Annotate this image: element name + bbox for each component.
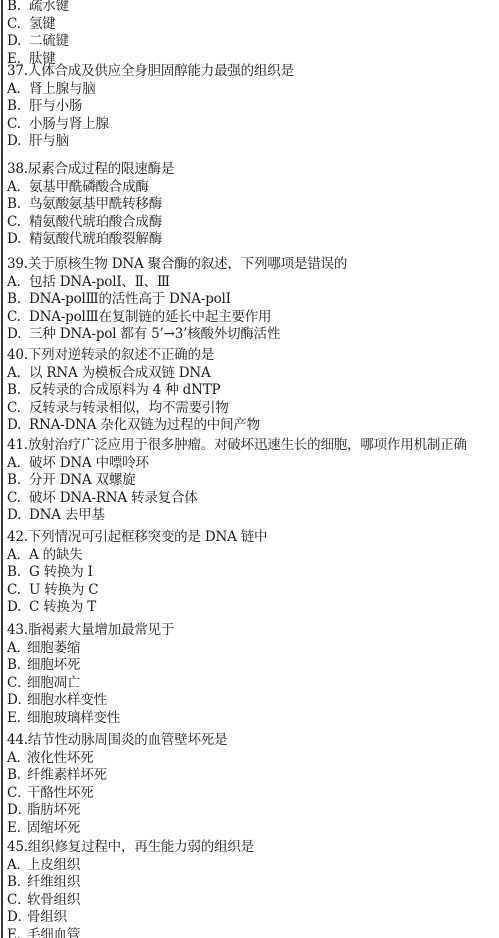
option-key: B. [7,382,29,400]
option-key: B． [7,657,27,675]
option-key: A. [7,179,29,197]
question-44: 44.结节性动脉周围炎的血管壁坏死是 A．液化性坏死 B．纤维素样坏死 C．干酪… [7,732,499,838]
question-38: 38.尿素合成过程的限速酶是 A.氨基甲酰磷酸合成酶 B.鸟氨酸氨基甲酰转移酶 … [7,161,499,249]
question-41: 41.放射治疗广泛应用于很多肿瘤。对破坏迅速生长的细胞，哪项作用机制正确 A.破… [7,437,499,525]
option-key: A． [7,750,27,768]
option-text: 氢键 [29,16,56,32]
option-text: 骨组织 [27,909,67,925]
option-b: B.鸟氨酸氨基甲酰转移酶 [7,196,499,214]
option-text: 细胞水样变性 [27,692,107,708]
option-text: 精氨酸代琥珀酸裂解酶 [29,231,162,247]
option-d: D．脂肪坏死 [7,802,499,820]
option-text: 氨基甲酰磷酸合成酶 [29,179,149,195]
option-d: D.C 转换为 T [7,599,499,617]
option-key: B. [7,0,29,16]
option-text: 细胞坏死 [27,657,80,673]
option-d: D.精氨酸代琥珀酸裂解酶 [7,231,499,249]
option-text: 反转录的合成原料为 4 种 dNTP [29,382,220,398]
option-text: 破坏 DNA 中嘌呤环 [29,455,149,471]
option-key: D. [7,231,29,249]
option-text: 固缩坏死 [27,820,80,836]
question-stem: 38.尿素合成过程的限速酶是 [7,161,499,179]
option-c: C.DNA-polⅢ在复制链的延长中起主要作用 [7,309,499,327]
option-c: C．干酪性坏死 [7,785,499,803]
option-key: C. [7,214,29,232]
option-text: 疏水键 [29,0,69,14]
option-key: B． [7,874,27,892]
question-stem: 43.脂褐素大量增加最常见于 [7,622,499,640]
option-key: B. [7,472,29,490]
option-text: 三种 DNA-pol 都有 5’→3’核酸外切酶活性 [29,326,280,342]
option-text: DNA-polⅢ的活性高于 DNA-polⅠ [29,291,231,307]
question-text: 人体合成及供应全身胆固醇能力最强的组织是 [28,63,294,79]
question-text: 组织修复过程中，再生能力弱的组织是 [28,839,254,855]
option-key: D. [7,599,29,617]
option-text: C 转换为 T [29,599,96,615]
option-a: A.肾上腺与脑 [7,81,499,99]
question-number: 38. [7,161,28,177]
option-b: B．纤维组织 [7,874,499,892]
option-key: C． [7,675,27,693]
question-text: 下列情况可引起框移突变的是 DNA 链中 [28,529,267,545]
option-text: 二硫键 [29,33,69,49]
option-c: C.破坏 DNA-RNA 转录复合体 [7,490,499,508]
option-c: C．细胞凋亡 [7,675,499,693]
option-text: 分开 DNA 双螺旋 [29,472,135,488]
option-a: A.氨基甲酰磷酸合成酶 [7,179,499,197]
option-key: E． [7,820,27,838]
option-text: 细胞玻璃样变性 [27,710,120,726]
question-40: 40.下列对逆转录的叙述不正确的是 A.以 RNA 为模板合成双链 DNA B.… [7,347,499,435]
option-a: A.破坏 DNA 中嘌呤环 [7,455,499,473]
question-stem: 41.放射治疗广泛应用于很多肿瘤。对破坏迅速生长的细胞，哪项作用机制正确 [7,437,499,455]
question-number: 40. [7,347,28,363]
option-key: D. [7,417,29,435]
option-key: D． [7,692,27,710]
option-key: A. [7,274,29,292]
option-text: DNA-polⅢ在复制链的延长中起主要作用 [29,309,271,325]
option-key: D. [7,33,29,51]
option-b: B.反转录的合成原料为 4 种 dNTP [7,382,499,400]
option-key: A. [7,547,29,565]
question-42: 42.下列情况可引起框移突变的是 DNA 链中 A.A 的缺失 B.G 转换为 … [7,529,499,617]
left-margin-rule [1,0,3,938]
option-a: A．细胞萎缩 [7,640,499,658]
option-text: 肝与小肠 [29,98,82,114]
question-stem: 44.结节性动脉周围炎的血管壁坏死是 [7,732,499,750]
option-key: A． [7,640,27,658]
carryover-options: B.疏水键 C.氢键 D.二硫键 E.肽键 [7,0,499,68]
option-text: 干酪性坏死 [27,785,94,801]
option-e: E．细胞玻璃样变性 [7,710,499,728]
question-text: 关于原核生物 DNA 聚合酶的叙述，下列哪项是错误的 [28,256,347,272]
question-number: 45. [7,839,28,855]
option-d: D.二硫键 [7,33,499,51]
option-text: 液化性坏死 [27,750,94,766]
option-b: B．细胞坏死 [7,657,499,675]
option-key: C. [7,400,29,418]
option-text: 肾上腺与脑 [29,81,96,97]
option-text: 纤维素样坏死 [27,767,107,783]
question-number: 39. [7,256,28,272]
question-43: 43.脂褐素大量增加最常见于 A．细胞萎缩 B．细胞坏死 C．细胞凋亡 D．细胞… [7,622,499,728]
option-e: E．固缩坏死 [7,820,499,838]
question-text: 脂褐素大量增加最常见于 [28,622,174,638]
option-text: 上皮组织 [27,857,80,873]
option-text: 包括 DNA-polⅠ、Ⅱ、Ⅲ [29,274,170,290]
option-a: A.包括 DNA-polⅠ、Ⅱ、Ⅲ [7,274,499,292]
option-key: B． [7,767,27,785]
option-b: B.肝与小肠 [7,98,499,116]
option-key: E． [7,710,27,728]
question-text: 放射治疗广泛应用于很多肿瘤。对破坏迅速生长的细胞，哪项作用机制正确 [28,437,467,453]
option-text: 毛细血管 [27,927,80,938]
option-a: A．上皮组织 [7,857,499,875]
option-key: B. [7,196,29,214]
question-number: 43. [7,622,28,638]
option-key: C． [7,892,27,910]
option-key: B. [7,564,29,582]
option-text: 反转录与转录相似，均不需要引物 [29,400,229,416]
option-b: B．纤维素样坏死 [7,767,499,785]
option-c: C.反转录与转录相似，均不需要引物 [7,400,499,418]
option-d: D.三种 DNA-pol 都有 5’→3’核酸外切酶活性 [7,326,499,344]
option-c: C.精氨酸代琥珀酸合成酶 [7,214,499,232]
question-stem: 39.关于原核生物 DNA 聚合酶的叙述，下列哪项是错误的 [7,256,499,274]
option-text: DNA 去甲基 [29,507,105,523]
option-c: C．软骨组织 [7,892,499,910]
option-text: RNA-DNA 杂化双链为过程的中间产物 [29,417,260,433]
option-c: C.氢键 [7,16,499,34]
option-d: D.DNA 去甲基 [7,507,499,525]
option-key: D. [7,133,29,151]
option-key: A． [7,857,27,875]
question-number: 44. [7,732,28,748]
option-d: D．骨组织 [7,909,499,927]
option-d: D.RNA-DNA 杂化双链为过程的中间产物 [7,417,499,435]
option-e: E．毛细血管 [7,927,499,938]
question-text: 尿素合成过程的限速酶是 [28,161,174,177]
option-text: A 的缺失 [29,547,83,563]
option-key: C. [7,309,29,327]
option-b: B.DNA-polⅢ的活性高于 DNA-polⅠ [7,291,499,309]
option-key: B. [7,98,29,116]
question-number: 37. [7,63,28,79]
option-a: A.以 RNA 为模板合成双链 DNA [7,365,499,383]
option-key: E． [7,927,27,938]
option-text: 破坏 DNA-RNA 转录复合体 [29,490,198,506]
option-key: A. [7,455,29,473]
option-key: C. [7,582,29,600]
option-key: C. [7,490,29,508]
option-key: D． [7,909,27,927]
option-key: A. [7,365,29,383]
option-d: D.肝与脑 [7,133,499,151]
option-text: 细胞凋亡 [27,675,80,691]
option-text: 精氨酸代琥珀酸合成酶 [29,214,162,230]
option-text: 鸟氨酸氨基甲酰转移酶 [29,196,162,212]
option-c: C.U 转换为 C [7,582,499,600]
option-key: C． [7,785,27,803]
question-number: 41. [7,437,28,453]
option-c: C.小肠与肾上腺 [7,116,499,134]
question-text: 下列对逆转录的叙述不正确的是 [28,347,214,363]
option-text: 以 RNA 为模板合成双链 DNA [29,365,211,381]
question-stem: 37.人体合成及供应全身胆固醇能力最强的组织是 [7,63,499,81]
option-key: D． [7,802,27,820]
question-stem: 40.下列对逆转录的叙述不正确的是 [7,347,499,365]
question-text: 结节性动脉周围炎的血管壁坏死是 [28,732,228,748]
option-text: U 转换为 C [29,582,98,598]
option-key: D. [7,326,29,344]
option-key: B. [7,291,29,309]
option-key: C. [7,116,29,134]
question-37: 37.人体合成及供应全身胆固醇能力最强的组织是 A.肾上腺与脑 B.肝与小肠 C… [7,63,499,151]
question-number: 42. [7,529,28,545]
option-b: B.疏水键 [7,0,499,16]
option-key: A. [7,81,29,99]
option-key: D. [7,507,29,525]
option-text: 肝与脑 [29,133,69,149]
option-text: 小肠与肾上腺 [29,116,109,132]
option-text: G 转换为 I [29,564,93,580]
option-a: A.A 的缺失 [7,547,499,565]
question-stem: 45.组织修复过程中，再生能力弱的组织是 [7,839,499,857]
question-39: 39.关于原核生物 DNA 聚合酶的叙述，下列哪项是错误的 A.包括 DNA-p… [7,256,499,344]
option-b: B.G 转换为 I [7,564,499,582]
option-b: B.分开 DNA 双螺旋 [7,472,499,490]
option-text: 软骨组织 [27,892,80,908]
question-45: 45.组织修复过程中，再生能力弱的组织是 A．上皮组织 B．纤维组织 C．软骨组… [7,839,499,938]
option-text: 脂肪坏死 [27,802,80,818]
option-a: A．液化性坏死 [7,750,499,768]
question-stem: 42.下列情况可引起框移突变的是 DNA 链中 [7,529,499,547]
option-key: C. [7,16,29,34]
option-text: 纤维组织 [27,874,80,890]
option-text: 细胞萎缩 [27,640,80,656]
option-d: D．细胞水样变性 [7,692,499,710]
